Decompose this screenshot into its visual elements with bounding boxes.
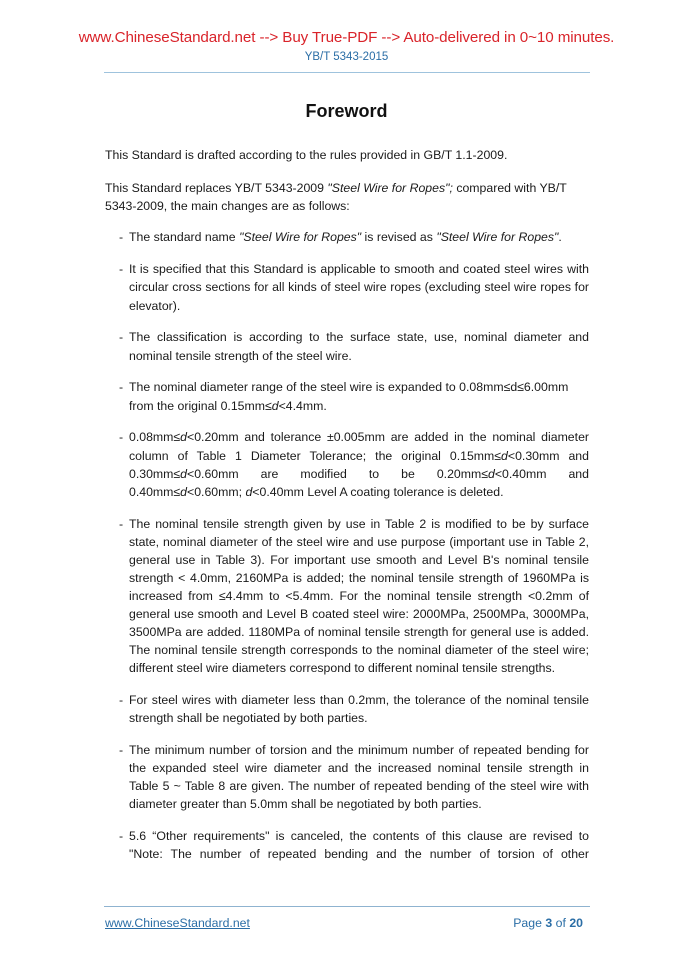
bullet-dash: - [119,515,123,533]
text: . [558,230,561,244]
italic-title: "Steel Wire for Ropes" [436,230,558,244]
bullet-dash: - [119,428,123,446]
intro-paragraph: This Standard is drafted according to th… [105,146,589,164]
change-item: -The nominal diameter range of the steel… [119,378,589,414]
promo-banner[interactable]: www.ChineseStandard.net --> Buy True-PDF… [0,29,693,46]
change-item: -The minimum number of torsion and the m… [119,741,589,813]
italic-title: "Steel Wire for Ropes"; [327,181,453,195]
italic-variable: d [501,449,508,463]
bullet-dash: - [119,741,123,759]
bullet-dash: - [119,260,123,278]
text: The nominal tensile strength given by us… [129,517,589,676]
text: 0.08mm≤ [129,430,180,444]
text: The classification is according to the s… [129,330,589,362]
footer-divider [104,906,590,907]
bullet-dash: - [119,328,123,346]
footer-website-link[interactable]: www.ChineseStandard.net [105,916,250,930]
page-label: Page [513,916,545,930]
change-item: -The standard name "Steel Wire for Ropes… [119,228,589,246]
text: <0.40mm Level A coating tolerance is del… [252,485,503,499]
document-id: YB/T 5343-2015 [0,51,693,63]
page-of-label: of [552,916,569,930]
bullet-dash: - [119,228,123,246]
change-item: -It is specified that this Standard is a… [119,260,589,314]
document-body: This Standard is drafted according to th… [105,146,589,864]
text: The standard name [129,230,239,244]
text: is revised as [361,230,436,244]
change-item: -The classification is according to the … [119,328,589,364]
total-pages: 20 [569,916,583,930]
change-item: -For steel wires with diameter less than… [119,691,589,727]
italic-variable: d [180,485,187,499]
italic-variable: d [180,467,187,481]
header-divider [104,72,590,73]
italic-variable: d [272,399,279,413]
text: For steel wires with diameter less than … [129,693,589,725]
italic-variable: d [180,430,187,444]
change-item: -5.6 “Other requirements" is canceled, t… [119,827,589,863]
bullet-dash: - [119,378,123,396]
bullet-dash: - [119,827,123,845]
page-title: Foreword [0,101,693,122]
page-indicator: Page 3 of 20 [513,916,583,930]
text: This Standard replaces YB/T 5343-2009 [105,181,327,195]
italic-variable: d [488,467,495,481]
bullet-dash: - [119,691,123,709]
change-item: -0.08mm≤d<0.20mm and tolerance ±0.005mm … [119,428,589,500]
text: The nominal diameter range of the steel … [129,380,568,412]
replaces-paragraph: This Standard replaces YB/T 5343-2009 "S… [105,179,589,215]
italic-title: "Steel Wire for Ropes" [239,230,361,244]
text: It is specified that this Standard is ap… [129,262,589,312]
text: 5.6 “Other requirements" is canceled, th… [129,829,589,861]
text: <0.60mm; [187,485,245,499]
text: <0.60mm are modified to be 0.20mm≤ [187,467,488,481]
text: The minimum number of torsion and the mi… [129,743,589,811]
text: <4.4mm. [279,399,327,413]
change-item: -The nominal tensile strength given by u… [119,515,589,678]
